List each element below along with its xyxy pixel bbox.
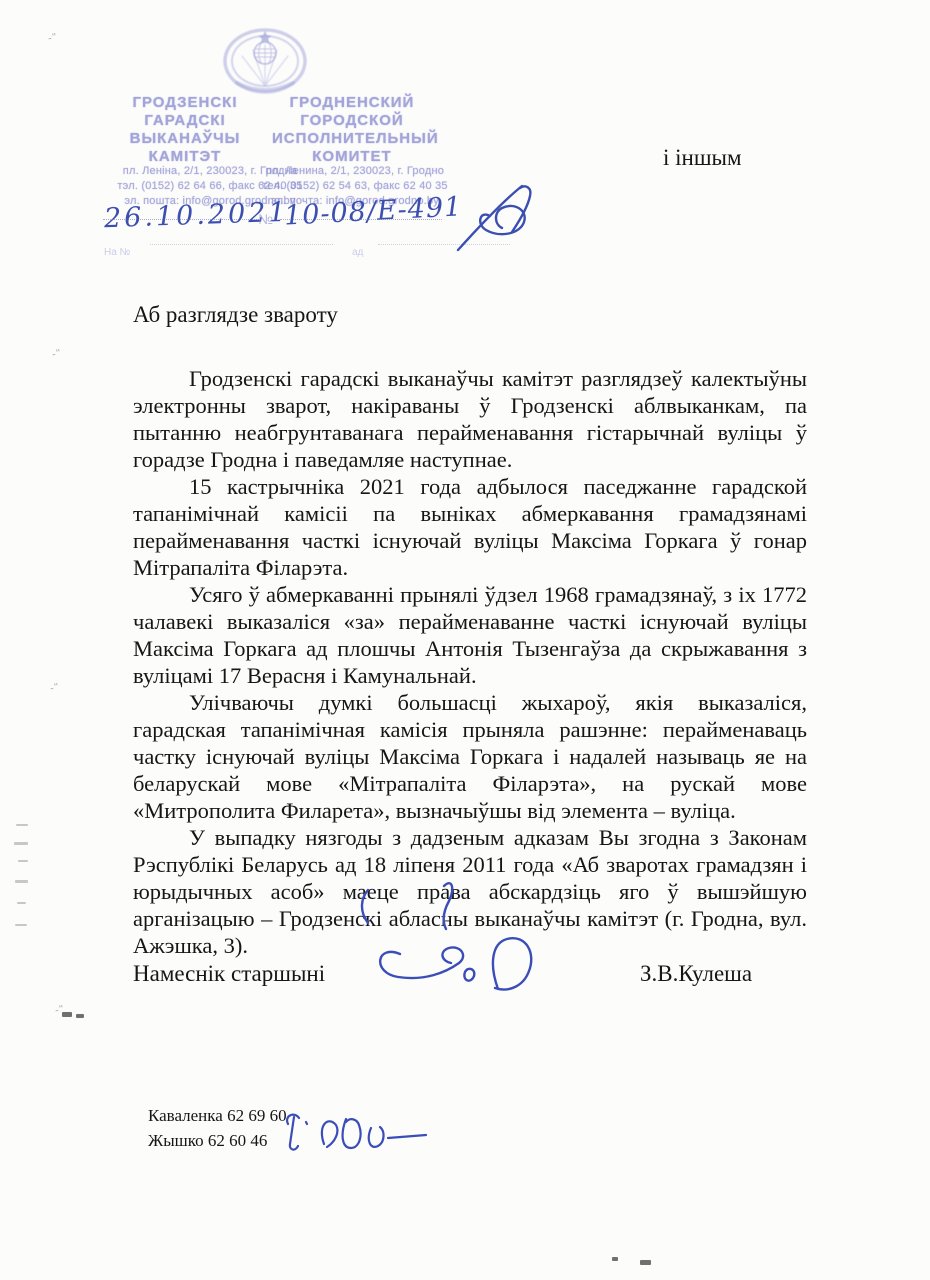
signer-name: З.В.Кулеша (640, 961, 752, 987)
paragraph: 15 кастрычніка 2021 года адбылося паседж… (133, 473, 807, 581)
scanned-letter-page: ГРОДЗЕНСКІ ГАРАДСКІ ВЫКАНАЎЧЫ КАМІТЭТ ГР… (0, 0, 930, 1280)
scan-speck (17, 902, 26, 904)
org-name-line: ИСПОЛНИТЕЛЬНЫЙ (272, 130, 432, 148)
scan-speck (14, 842, 28, 845)
reply-number-underline (150, 244, 333, 245)
org-name-russian: ГРОДНЕНСКИЙ ГОРОДСКОЙ ИСПОЛНИТЕЛЬНЫЙ КОМ… (272, 94, 432, 166)
paragraph: Усяго ў абмеркаванні прынялі ўдзел 1968 … (133, 581, 807, 689)
org-name-line: ГРОДЗЕНСКІ (95, 94, 275, 112)
scan-speck (18, 860, 28, 862)
org-name-belarusian: ГРОДЗЕНСКІ ГАРАДСКІ ВЫКАНАЎЧЫ КАМІТЭТ (95, 94, 275, 166)
paragraph: Улічваючы думкі большасці жыхароў, якія … (133, 689, 807, 824)
executor-signature (266, 1090, 434, 1168)
reply-from-date-label: ад (352, 247, 363, 258)
org-name-line: ВЫКАНАЎЧЫ (95, 130, 275, 148)
recipient-line: і іншым (663, 145, 742, 171)
scan-speck (640, 1260, 651, 1265)
scan-speck (16, 824, 28, 826)
scan-speck (76, 1014, 84, 1018)
scan-speck (15, 924, 27, 926)
address-line: пл. Ленина, 2/1, 230023, г. Гродно (262, 164, 448, 179)
number-underline (280, 219, 442, 220)
reply-to-number-label: На № (104, 247, 130, 258)
coat-of-arms-emblem-icon (220, 24, 310, 96)
date-underline (103, 219, 261, 220)
registrar-paraph-signature (450, 180, 538, 258)
paragraph: Гродзенскі гарадскі выканаўчы камітэт ра… (133, 365, 807, 473)
subject-line: Аб разглядзе звароту (133, 302, 338, 328)
margin-pen-mark: -" (47, 31, 59, 45)
scan-speck (62, 1012, 72, 1017)
org-name-line: ГРОДНЕНСКИЙ (272, 94, 432, 112)
deputy-chairman-signature (348, 876, 580, 1000)
org-name-line: ГАРАДСКІ (95, 112, 275, 130)
scan-speck (15, 880, 28, 883)
letter-body: Гродзенскі гарадскі выканаўчы камітэт ра… (133, 365, 807, 959)
address-line: тел. (0152) 62 54 63, факс 62 40 35 (262, 179, 448, 194)
margin-pen-mark: -" (49, 681, 61, 695)
org-name-line: ГОРОДСКОЙ (272, 112, 432, 130)
margin-pen-mark: -" (51, 347, 63, 361)
scan-speck (612, 1257, 618, 1261)
signer-position-title: Намеснік старшыні (133, 961, 325, 987)
